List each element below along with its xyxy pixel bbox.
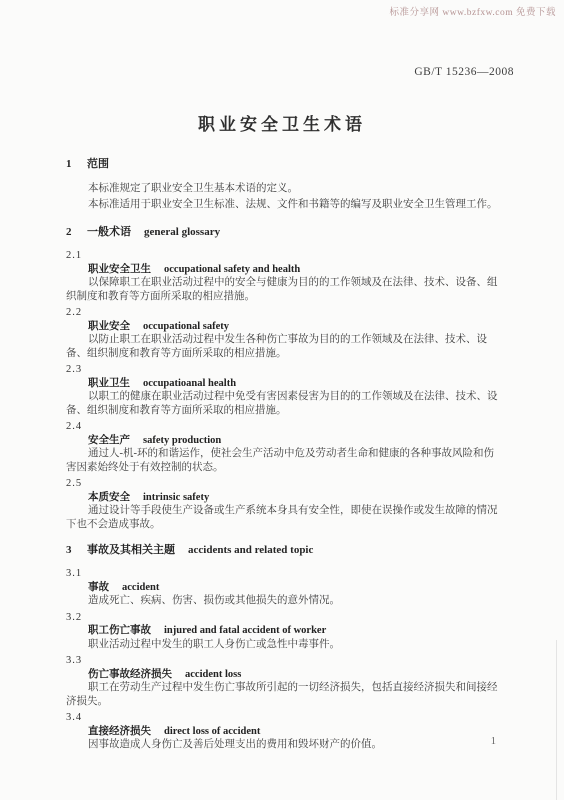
section-number: 2 <box>66 225 87 240</box>
term-en: occupatioanal health <box>143 378 236 389</box>
term-definition: 因事故造成人身伤亡及善后处理支出的费用和毁坏财产的价值。 <box>66 738 499 752</box>
scope-paragraph: 本标准适用于职业安全卫生标准、法规、文件和书籍等的编写及职业安全卫生管理工作。 <box>66 197 499 213</box>
document-body: 1范围 本标准规定了职业安全卫生基本术语的定义。 本标准适用于职业安全卫生标准、… <box>66 157 499 752</box>
term-line: 职工伤亡事故injured and fatal accident of work… <box>66 624 499 638</box>
term-line: 职业卫生occupatioanal health <box>66 377 499 391</box>
entry-number: 2.2 <box>66 306 499 320</box>
term-entry: 2.1 职业安全卫生occupational safety and health… <box>66 249 499 303</box>
section-heading-en: general glossary <box>144 226 220 238</box>
entry-number: 3.3 <box>66 654 499 668</box>
entry-number: 2.4 <box>66 420 499 434</box>
term-zh: 本质安全 <box>88 492 130 503</box>
term-zh: 职业安全 <box>88 321 130 332</box>
term-en: occupational safety <box>143 321 229 332</box>
term-zh: 事故 <box>88 582 109 593</box>
scan-edge-artifact <box>556 640 557 800</box>
term-definition: 职业活动过程中发生的职工人身伤亡或急性中毒事件。 <box>66 638 499 652</box>
term-entry: 2.5 本质安全intrinsic safety 通过设计等手段使生产设备或生产… <box>66 477 499 531</box>
term-en: occupational safety and health <box>164 264 300 275</box>
entry-number: 2.3 <box>66 363 499 377</box>
section-heading-general-glossary: 2一般术语general glossary <box>66 225 499 240</box>
term-en: direct loss of accident <box>164 726 260 737</box>
term-definition: 以保障职工在职业活动过程中的安全与健康为目的的工作领域及在法律、技术、设备、组织… <box>66 276 499 303</box>
section-number: 1 <box>66 157 87 172</box>
watermark-text: 标准分享网 www.bzfxw.com 免费下载 <box>390 4 556 18</box>
scope-paragraph: 本标准规定了职业安全卫生基本术语的定义。 <box>66 181 499 197</box>
entry-number: 3.4 <box>66 711 499 725</box>
section-heading-en: accidents and related topic <box>188 544 313 556</box>
term-definition: 以职工的健康在职业活动过程中免受有害因素侵害为目的的工作领域及在法律、技术、设备… <box>66 390 499 417</box>
entry-number: 2.5 <box>66 477 499 491</box>
entry-number: 3.1 <box>66 567 499 581</box>
entry-number: 2.1 <box>66 249 499 263</box>
term-definition: 通过人-机-环的和谐运作，使社会生产活动中危及劳动者生命和健康的各种事故风险和伤… <box>66 447 499 474</box>
term-zh: 职业安全卫生 <box>88 264 151 275</box>
section-heading-scope: 1范围 <box>66 157 499 172</box>
term-zh: 职工伤亡事故 <box>88 625 151 636</box>
term-en: accident <box>122 582 159 593</box>
term-en: intrinsic safety <box>143 492 209 503</box>
term-line: 职业安全occupational safety <box>66 320 499 334</box>
term-entry: 2.2 职业安全occupational safety 以防止职工在职业活动过程… <box>66 306 499 360</box>
term-line: 本质安全intrinsic safety <box>66 491 499 505</box>
term-definition: 造成死亡、疾病、伤害、损伤或其他损失的意外情况。 <box>66 594 499 608</box>
term-zh: 伤亡事故经济损失 <box>88 669 172 680</box>
term-en: injured and fatal accident of worker <box>164 625 326 636</box>
term-zh: 职业卫生 <box>88 378 130 389</box>
term-entry: 3.3 伤亡事故经济损失accident loss 职工在劳动生产过程中发生伤亡… <box>66 654 499 708</box>
section-number: 3 <box>66 543 87 558</box>
term-definition: 职工在劳动生产过程中发生伤亡事故所引起的一切经济损失，包括直接经济损失和间接经济… <box>66 681 499 708</box>
page-title: 职业安全卫生术语 <box>0 110 564 135</box>
term-line: 事故accident <box>66 581 499 595</box>
section-heading-zh: 事故及其相关主题 <box>87 544 175 556</box>
term-en: safety production <box>143 435 221 446</box>
section-heading-zh: 一般术语 <box>87 226 131 238</box>
section-heading-accidents: 3事故及其相关主题accidents and related topic <box>66 543 499 558</box>
document-page: 标准分享网 www.bzfxw.com 免费下载 GB/T 15236—2008… <box>0 0 564 800</box>
term-line: 职业安全卫生occupational safety and health <box>66 263 499 277</box>
term-entry: 2.4 安全生产safety production 通过人-机-环的和谐运作，使… <box>66 420 499 474</box>
standard-number: GB/T 15236—2008 <box>414 66 514 78</box>
term-line: 直接经济损失direct loss of accident <box>66 725 499 739</box>
term-definition: 以防止职工在职业活动过程中发生各种伤亡事故为目的的工作领域及在法律、技术、设备、… <box>66 333 499 360</box>
term-zh: 安全生产 <box>88 435 130 446</box>
term-entry: 3.4 直接经济损失direct loss of accident 因事故造成人… <box>66 711 499 752</box>
section-heading-zh: 范围 <box>87 158 109 170</box>
term-en: accident loss <box>185 669 241 680</box>
term-entry: 3.1 事故accident 造成死亡、疾病、伤害、损伤或其他损失的意外情况。 <box>66 567 499 608</box>
entry-number: 3.2 <box>66 611 499 625</box>
term-line: 安全生产safety production <box>66 434 499 448</box>
term-entry: 3.2 职工伤亡事故injured and fatal accident of … <box>66 611 499 652</box>
term-entry: 2.3 职业卫生occupatioanal health 以职工的健康在职业活动… <box>66 363 499 417</box>
term-definition: 通过设计等手段使生产设备或生产系统本身具有安全性，即使在误操作或发生故障的情况下… <box>66 504 499 531</box>
term-zh: 直接经济损失 <box>88 726 151 737</box>
term-line: 伤亡事故经济损失accident loss <box>66 668 499 682</box>
page-number: 1 <box>491 736 496 747</box>
